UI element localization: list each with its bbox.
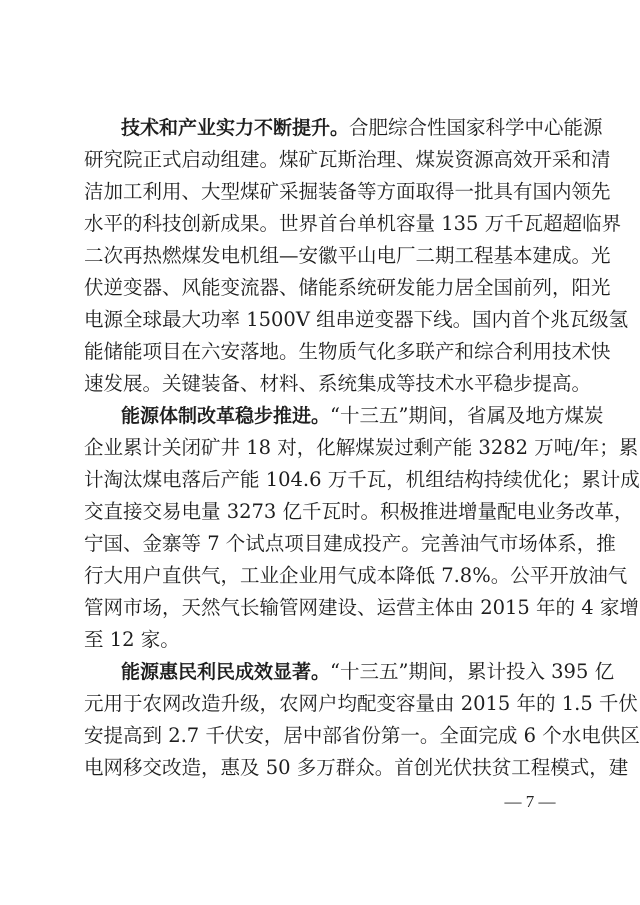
paragraph-line: 洁加工利用、大型煤矿采掘装备等方面取得一批具有国内领先 xyxy=(84,176,556,208)
paragraph-line: 技术和产业实力不断提升。合肥综合性国家科学中心能源 xyxy=(84,112,556,144)
body-text: 技术和产业实力不断提升。合肥综合性国家科学中心能源 研究院正式启动组建。煤矿瓦斯… xyxy=(84,112,556,784)
line-text: “十三五”期间，省属及地方煤炭 xyxy=(330,404,603,427)
paragraph-line: 电网移交改造，惠及 50 多万群众。首创光伏扶贫工程模式，建 xyxy=(84,752,556,784)
paragraph-line: 至 12 家。 xyxy=(84,624,556,656)
page-number: — 7 — xyxy=(495,792,565,812)
paragraph-line: 交直接交易电量 3273 亿千瓦时。积极推进增量配电业务改革， xyxy=(84,496,556,528)
paragraph-lead-heading: 技术和产业实力不断提升。 xyxy=(121,117,349,139)
paragraph-line: 研究院正式启动组建。煤矿瓦斯治理、煤炭资源高效开采和清 xyxy=(84,144,556,176)
line-text: 合肥综合性国家科学中心能源 xyxy=(349,116,603,139)
document-page: 技术和产业实力不断提升。合肥综合性国家科学中心能源 研究院正式启动组建。煤矿瓦斯… xyxy=(0,0,640,905)
paragraph-line: 能储能项目在六安落地。生物质气化多联产和综合利用技术快 xyxy=(84,336,556,368)
paragraph-line: 元用于农网改造升级，农网户均配变容量由 2015 年的 1.5 千伏 xyxy=(84,688,556,720)
paragraph-line: 能源惠民利民成效显著。“十三五”期间，累计投入 395 亿 xyxy=(84,656,556,688)
paragraph-line: 管网市场，天然气长输管网建设、运营主体由 2015 年的 4 家增 xyxy=(84,592,556,624)
paragraph-lead-heading: 能源惠民利民成效显著。 xyxy=(121,661,330,683)
paragraph-energy-benefits: 能源惠民利民成效显著。“十三五”期间，累计投入 395 亿 元用于农网改造升级，… xyxy=(84,656,556,784)
paragraph-line: 电源全球最大功率 1500V 组串逆变器下线。国内首个兆瓦级氢 xyxy=(84,304,556,336)
paragraph-line: 安提高到 2.7 千伏安，居中部省份第一。全面完成 6 个水电供区 xyxy=(84,720,556,752)
line-text: “十三五”期间，累计投入 395 亿 xyxy=(330,660,614,683)
paragraph-line: 二次再热燃煤发电机组—安徽平山电厂二期工程基本建成。光 xyxy=(84,240,556,272)
paragraph-line: 企业累计关闭矿井 18 对，化解煤炭过剩产能 3282 万吨/年；累 xyxy=(84,432,556,464)
paragraph-lead-heading: 能源体制改革稳步推进。 xyxy=(121,405,330,427)
paragraph-line: 水平的科技创新成果。世界首台单机容量 135 万千瓦超超临界 xyxy=(84,208,556,240)
paragraph-line: 能源体制改革稳步推进。“十三五”期间，省属及地方煤炭 xyxy=(84,400,556,432)
paragraph-line: 伏逆变器、风能变流器、储能系统研发能力居全国前列，阳光 xyxy=(84,272,556,304)
paragraph-tech-industry: 技术和产业实力不断提升。合肥综合性国家科学中心能源 研究院正式启动组建。煤矿瓦斯… xyxy=(84,112,556,400)
paragraph-energy-reform: 能源体制改革稳步推进。“十三五”期间，省属及地方煤炭 企业累计关闭矿井 18 对… xyxy=(84,400,556,656)
paragraph-line: 速发展。关键装备、材料、系统集成等技术水平稳步提高。 xyxy=(84,368,556,400)
paragraph-line: 计淘汰煤电落后产能 104.6 万千瓦，机组结构持续优化；累计成 xyxy=(84,464,556,496)
paragraph-line: 宁国、金寨等 7 个试点项目建成投产。完善油气市场体系，推 xyxy=(84,528,556,560)
paragraph-line: 行大用户直供气，工业企业用气成本降低 7.8%。公平开放油气 xyxy=(84,560,556,592)
